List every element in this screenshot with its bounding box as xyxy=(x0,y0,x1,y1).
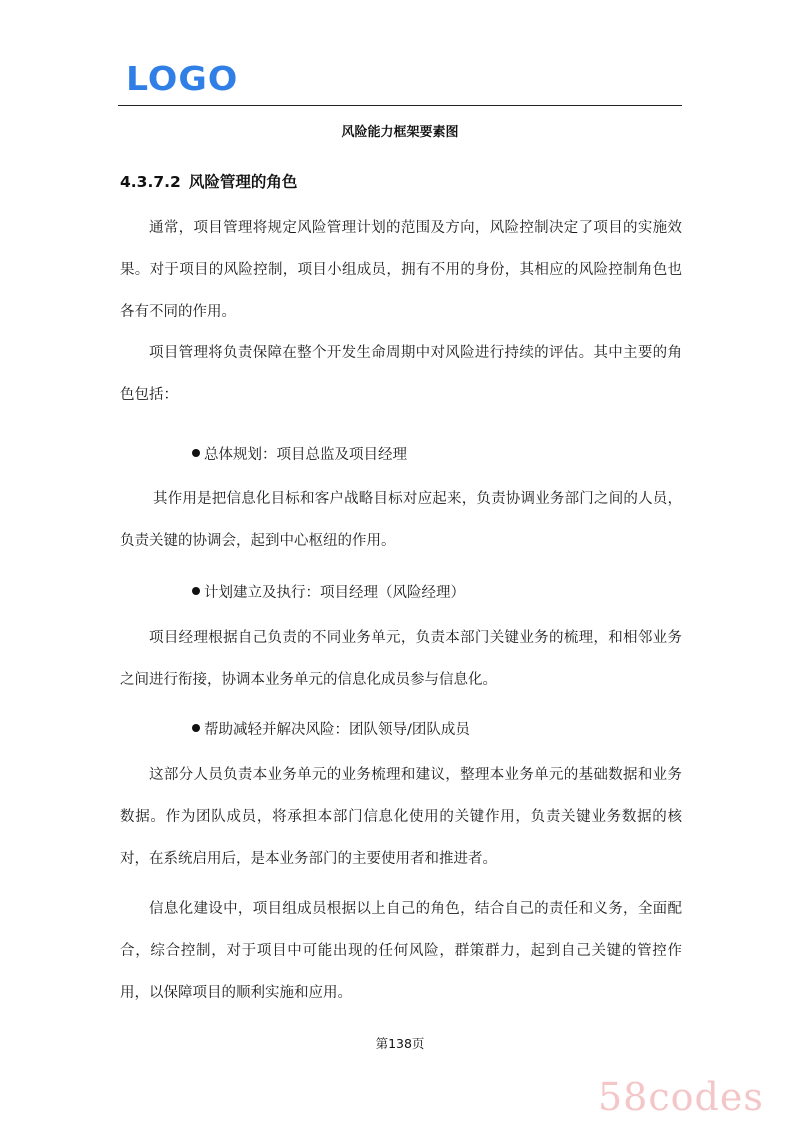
intro-paragraph-block: 通常，项目管理将规定风险管理计划的范围及方向，风险控制决定了项目的实施效果。对于… xyxy=(120,207,682,333)
role-bullet-label: 计划建立及执行：项目经理（风险经理） xyxy=(204,585,465,601)
section-title: 风险管理的角色 xyxy=(189,173,298,191)
role-description: 其作用是把信息化目标和客户战略目标对应起来，负责协调业务部门之间的人员，负责关键… xyxy=(120,478,682,562)
role-description-block: 这部分人员负责本业务单元的业务梳理和建议，整理本业务单元的基础数据和业务数据。作… xyxy=(120,754,682,880)
role-description: 项目经理根据自己负责的不同业务单元，负责本部门关键业务的梳理，和相邻业务之间进行… xyxy=(120,617,682,701)
bullet-dot-icon xyxy=(192,587,200,595)
paragraph: 项目管理将负责保障在整个开发生命周期中对风险进行持续的评估。其中主要的角色包括： xyxy=(120,332,682,416)
roles-intro-block: 项目管理将负责保障在整个开发生命周期中对风险进行持续的评估。其中主要的角色包括： xyxy=(120,332,682,416)
role-bullet: 计划建立及执行：项目经理（风险经理） xyxy=(192,583,465,603)
bullet-dot-icon xyxy=(192,449,200,457)
document-page: LOGO 风险能力框架要素图 4.3.7.2风险管理的角色 通常，项目管理将规定… xyxy=(0,0,800,1132)
role-bullet-label: 总体规划：项目总监及项目经理 xyxy=(204,447,407,463)
role-description-block: 其作用是把信息化目标和客户战略目标对应起来，负责协调业务部门之间的人员，负责关键… xyxy=(120,478,682,562)
logo: LOGO xyxy=(126,62,238,95)
section-heading: 4.3.7.2风险管理的角色 xyxy=(120,170,297,192)
role-bullet-label: 帮助减轻并解决风险：团队领导/团队成员 xyxy=(204,722,470,738)
paragraph: 通常，项目管理将规定风险管理计划的范围及方向，风险控制决定了项目的实施效果。对于… xyxy=(120,207,682,333)
watermark: 58codes xyxy=(598,1078,764,1116)
role-description-block: 项目经理根据自己负责的不同业务单元，负责本部门关键业务的梳理，和相邻业务之间进行… xyxy=(120,617,682,701)
role-bullet: 总体规划：项目总监及项目经理 xyxy=(192,445,407,465)
page-number: 第138页 xyxy=(0,1034,800,1052)
conclusion-block: 信息化建设中，项目组成员根据以上自己的角色，结合自己的责任和义务，全面配合，综合… xyxy=(120,888,682,1014)
conclusion-paragraph: 信息化建设中，项目组成员根据以上自己的角色，结合自己的责任和义务，全面配合，综合… xyxy=(120,888,682,1014)
figure-caption: 风险能力框架要素图 xyxy=(0,121,800,140)
header-divider xyxy=(118,105,682,106)
bullet-dot-icon xyxy=(192,724,200,732)
role-bullet: 帮助减轻并解决风险：团队领导/团队成员 xyxy=(192,720,470,740)
role-description: 这部分人员负责本业务单元的业务梳理和建议，整理本业务单元的基础数据和业务数据。作… xyxy=(120,754,682,880)
section-number: 4.3.7.2 xyxy=(120,173,181,191)
